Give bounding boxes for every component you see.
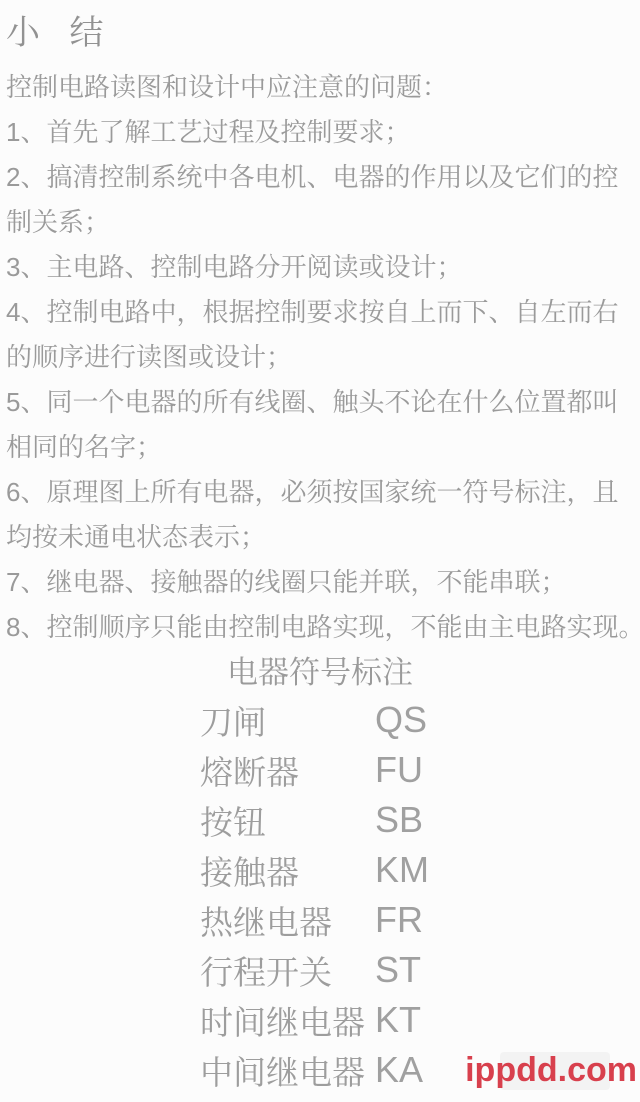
note-item-2: 2、搞清控制系统中各电机、电器的作用以及它们的控制关系； [6,155,634,245]
symbol-code: ST [375,949,421,991]
symbol-row: 刀闸 QS [200,695,634,745]
symbol-code: FU [375,749,423,791]
page-title: 小 结 [6,12,634,54]
symbol-row: 时间继电器 KT [200,995,634,1045]
symbol-label: 刀闸 [200,697,375,744]
note-item-8: 8、控制顺序只能由控制电路实现，不能由主电路实现。 [6,605,640,650]
symbol-table: 刀闸 QS 熔断器 FU 按钮 SB 接触器 KM 热继电器 FR 行程开关 S… [200,695,634,1095]
note-item-5: 5、同一个电器的所有线圈、触头不论在什么位置都叫相同的名字； [6,380,634,470]
note-item-1: 1、首先了解工艺过程及控制要求； [6,110,634,155]
intro-line: 控制电路读图和设计中应注意的问题： [6,65,634,110]
symbol-code: KA [375,1049,423,1091]
symbol-label: 中间继电器 [200,1047,375,1094]
symbol-code: KM [375,849,429,891]
symbol-code: KT [375,999,421,1041]
symbol-code: SB [375,799,423,841]
note-item-3: 3、主电路、控制电路分开阅读或设计； [6,245,634,290]
symbol-label: 接触器 [200,847,375,894]
symbol-table-title: 电器符号标注 [6,650,634,695]
symbol-row: 行程开关 ST [200,945,634,995]
symbol-label: 按钮 [200,797,375,844]
symbol-code: QS [375,699,427,741]
note-item-7: 7、继电器、接触器的线圈只能并联，不能串联； [6,560,634,605]
symbol-row: 热继电器 FR [200,895,634,945]
watermark-text: ippdd.com [465,1048,637,1092]
document-page: 小 结 控制电路读图和设计中应注意的问题： 1、首先了解工艺过程及控制要求； 2… [0,0,640,1095]
symbol-label: 热继电器 [200,897,375,944]
symbol-code: FR [375,899,423,941]
symbol-row: 接触器 KM [200,845,634,895]
symbol-row: 熔断器 FU [200,745,634,795]
symbol-label: 时间继电器 [200,997,375,1044]
symbol-label: 行程开关 [200,947,375,994]
note-item-4: 4、控制电路中，根据控制要求按自上而下、自左而右的顺序进行读图或设计； [6,290,634,380]
symbol-row: 按钮 SB [200,795,634,845]
symbol-label: 熔断器 [200,747,375,794]
note-item-6: 6、原理图上所有电器，必须按国家统一符号标注，且均按未通电状态表示； [6,470,634,560]
